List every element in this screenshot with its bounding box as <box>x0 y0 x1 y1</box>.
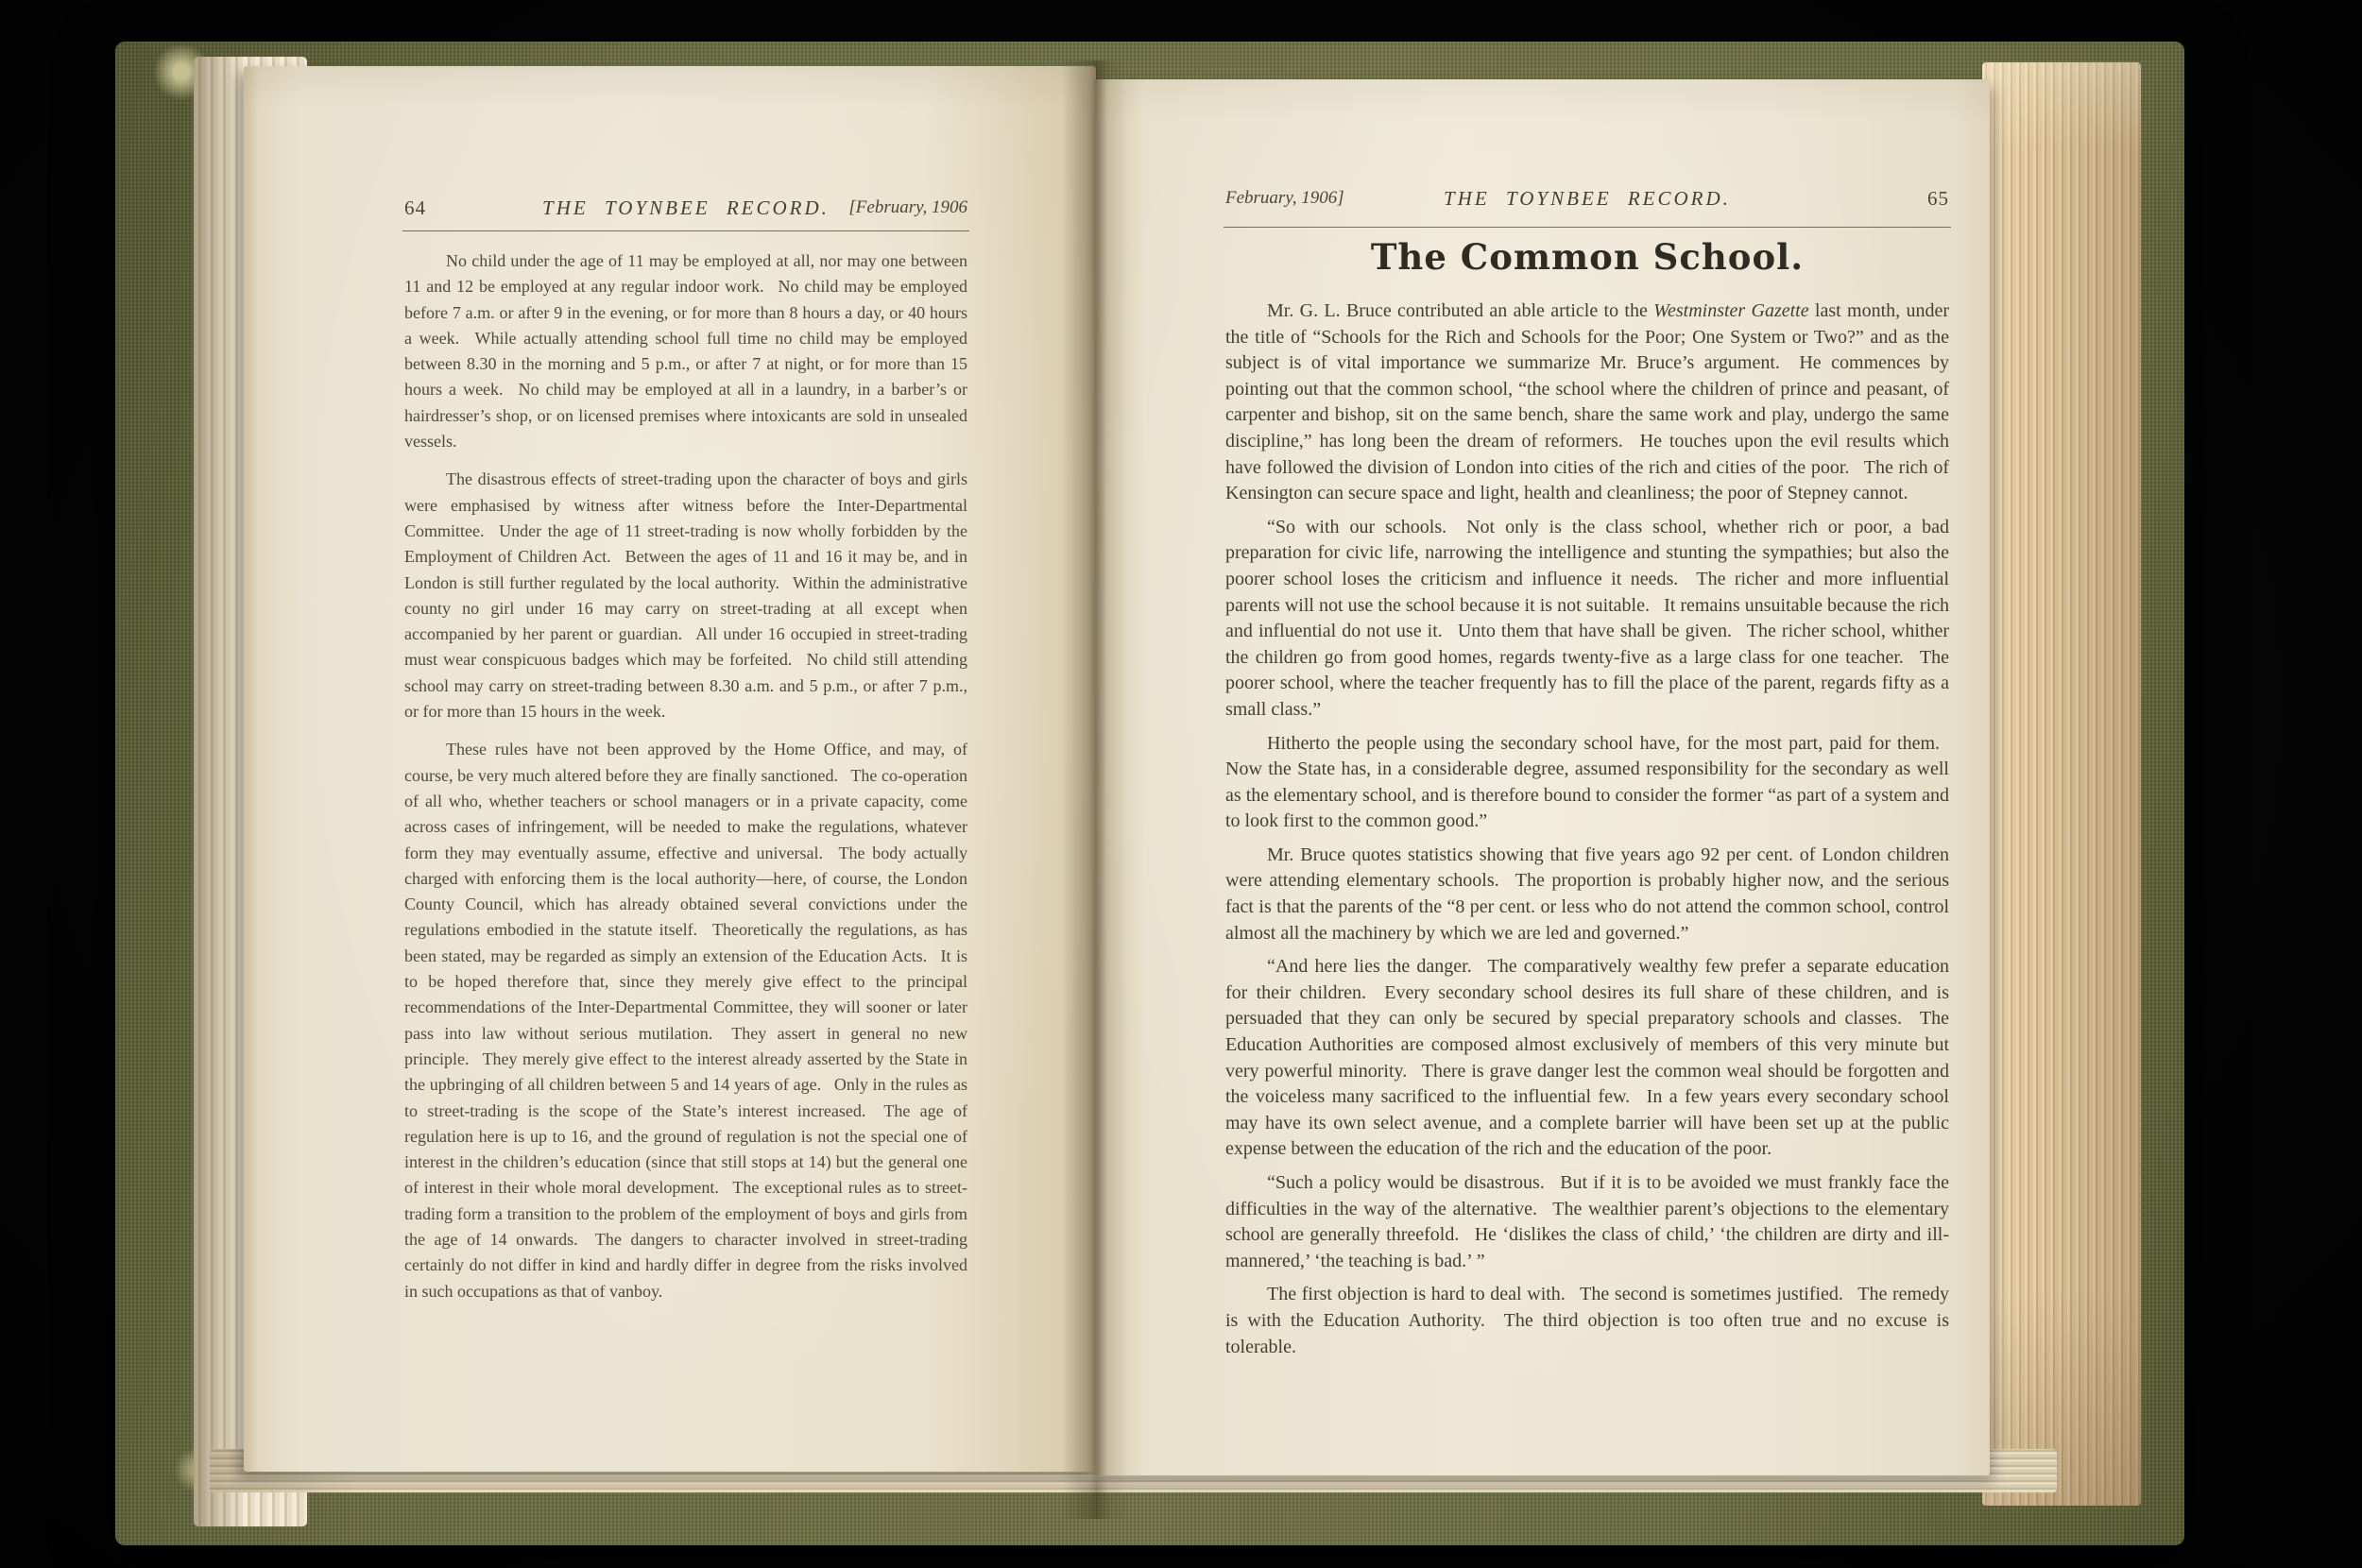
text-run: These rules have not been approved by th… <box>404 740 967 1300</box>
paragraph: No child under the age of 11 may be empl… <box>404 248 967 454</box>
paragraph: “So with our schools. Not only is the cl… <box>1225 515 1949 724</box>
paragraph: The first objection is hard to deal with… <box>1225 1282 1949 1360</box>
running-title: THE TOYNBEE RECORD. <box>542 196 830 220</box>
italic-phrase: Westminster Gazette <box>1653 300 1808 321</box>
page-number: 65 <box>1927 187 1949 211</box>
paragraph: Mr. G. L. Bruce contributed an able arti… <box>1225 298 1949 507</box>
fore-edge-pages <box>1982 62 2141 1506</box>
issue-date: [February, 1906 <box>848 197 967 218</box>
right-page-header: February, 1906] THE TOYNBEE RECORD. 65 <box>1225 187 1949 211</box>
photo-background: 64 THE TOYNBEE RECORD. [February, 1906 N… <box>0 0 2362 1568</box>
header-rule <box>1224 227 1951 228</box>
paragraph: These rules have not been approved by th… <box>404 737 967 1304</box>
page-number: 64 <box>404 196 426 220</box>
right-page-body: Mr. G. L. Bruce contributed an able arti… <box>1225 298 1949 1368</box>
text-run: “So with our schools. Not only is the cl… <box>1225 517 1949 720</box>
issue-date: February, 1906] <box>1225 188 1344 209</box>
text-run: The first objection is hard to deal with… <box>1225 1284 1949 1356</box>
book-cover: 64 THE TOYNBEE RECORD. [February, 1906 N… <box>115 42 2184 1545</box>
left-page-header: 64 THE TOYNBEE RECORD. [February, 1906 <box>404 196 967 220</box>
running-title: THE TOYNBEE RECORD. <box>1444 187 1731 211</box>
text-run: last month, under the title of “Schools … <box>1225 300 1949 503</box>
paragraph: Hitherto the people using the secondary … <box>1225 731 1949 835</box>
header-rule <box>402 230 969 231</box>
paragraph: “Such a policy would be disastrous. But … <box>1225 1170 1949 1274</box>
text-run: Mr. G. L. Bruce contributed an able arti… <box>1267 300 1653 321</box>
text-run: No child under the age of 11 may be empl… <box>404 251 967 451</box>
left-page: 64 THE TOYNBEE RECORD. [February, 1906 N… <box>244 66 1096 1472</box>
text-run: “And here lies the danger. The comparati… <box>1225 956 1949 1159</box>
paragraph: “And here lies the danger. The comparati… <box>1225 954 1949 1163</box>
left-page-body: No child under the age of 11 may be empl… <box>404 248 967 1317</box>
paragraph: The disastrous effects of street-trading… <box>404 467 967 724</box>
article-title: The Common School. <box>1225 236 1949 278</box>
paragraph: Mr. Bruce quotes statistics showing that… <box>1225 843 1949 946</box>
text-run: “Such a policy would be disastrous. But … <box>1225 1172 1949 1271</box>
text-run: Mr. Bruce quotes statistics showing that… <box>1225 844 1949 944</box>
text-run: The disastrous effects of street-trading… <box>404 469 967 721</box>
text-run: Hitherto the people using the secondary … <box>1225 733 1949 832</box>
right-page: February, 1906] THE TOYNBEE RECORD. 65 T… <box>1094 79 1990 1475</box>
